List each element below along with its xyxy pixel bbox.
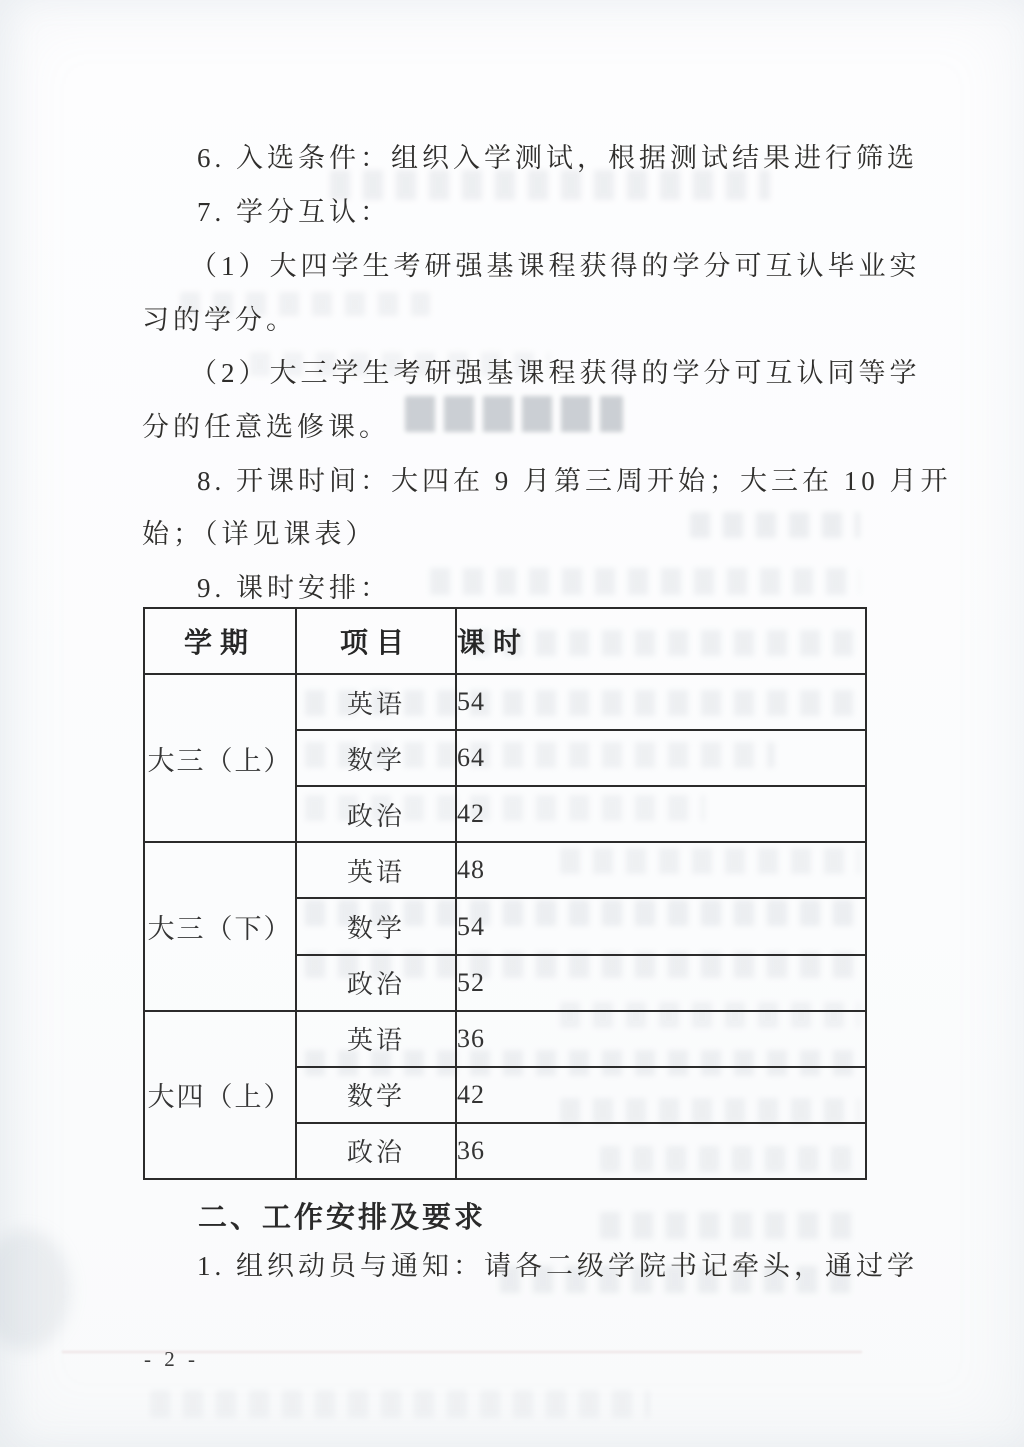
paragraph-item-6: 6. 入选条件：组织入学测试，根据测试结果进行筛选 [197,143,918,173]
paragraph-item-8-line1: 8. 开课时间：大四在 9 月第三周开始；大三在 10 月开 [197,466,952,496]
paragraph-item-7-sub2-line2: 分的任意选修课。 [142,412,390,442]
scanned-document-page: 6. 入选条件：组织入学测试，根据测试结果进行筛选 7. 学分互认： （1）大四… [0,0,1024,1447]
paragraph-item-7-sub2-line1: （2）大三学生考研强基课程获得的学分可互认同等学 [190,358,921,388]
semester-cell: 大三（上） [144,674,296,842]
paragraph-item-7-sub1-line2: 习的学分。 [142,305,297,335]
paragraph-item-7-sub1-line1: （1）大四学生考研强基课程获得的学分可互认毕业实 [190,251,921,281]
bleedthrough-artifact [690,512,860,538]
hours-cell: 42 [456,786,866,842]
table-row: 大四（上） 英语 36 [144,1011,866,1067]
hours-cell: 42 [456,1067,866,1123]
section-heading: 二、工作安排及要求 [198,1195,486,1236]
page-number: - 2 - [144,1347,199,1372]
subject-cell: 数学 [296,898,456,954]
course-hours-table: 学期 项目 课时 大三（上） 英语 54 数学 64 政治 42 大三（下） 英… [143,607,867,1180]
table-row: 大三（下） 英语 48 [144,842,866,898]
subject-cell: 政治 [296,955,456,1011]
bleedthrough-artifact [430,568,860,595]
subject-cell: 英语 [296,674,456,730]
paragraph-item-7: 7. 学分互认： [197,197,391,227]
table-header-row: 学期 项目 课时 [144,608,866,674]
subject-cell: 数学 [296,730,456,786]
subject-cell: 英语 [296,842,456,898]
paragraph-item-8-line2: 始；（详见课表） [142,519,377,549]
hours-cell: 54 [456,898,866,954]
semester-cell: 大三（下） [144,842,296,1010]
bleedthrough-artifact [405,396,623,432]
bleedthrough-artifact [600,1212,860,1239]
paragraph-section2-item1: 1. 组织动员与通知：请各二级学院书记牵头，通过学 [197,1251,918,1281]
bleedthrough-artifact [150,1390,650,1418]
hours-cell: 36 [456,1011,866,1067]
subject-cell: 英语 [296,1011,456,1067]
subject-cell: 政治 [296,786,456,842]
column-header-semester: 学期 [144,608,296,674]
scan-shadow-artifact [0,1230,70,1350]
hours-cell: 36 [456,1123,866,1179]
column-header-subject: 项目 [296,608,456,674]
hours-cell: 64 [456,730,866,786]
semester-cell: 大四（上） [144,1011,296,1179]
hours-cell: 52 [456,955,866,1011]
column-header-hours: 课时 [456,608,866,674]
subject-cell: 政治 [296,1123,456,1179]
hours-cell: 54 [456,674,866,730]
subject-cell: 数学 [296,1067,456,1123]
table-row: 大三（上） 英语 54 [144,674,866,730]
hours-cell: 48 [456,842,866,898]
bleedthrough-artifact [330,170,770,200]
paragraph-item-9: 9. 课时安排： [197,573,391,603]
